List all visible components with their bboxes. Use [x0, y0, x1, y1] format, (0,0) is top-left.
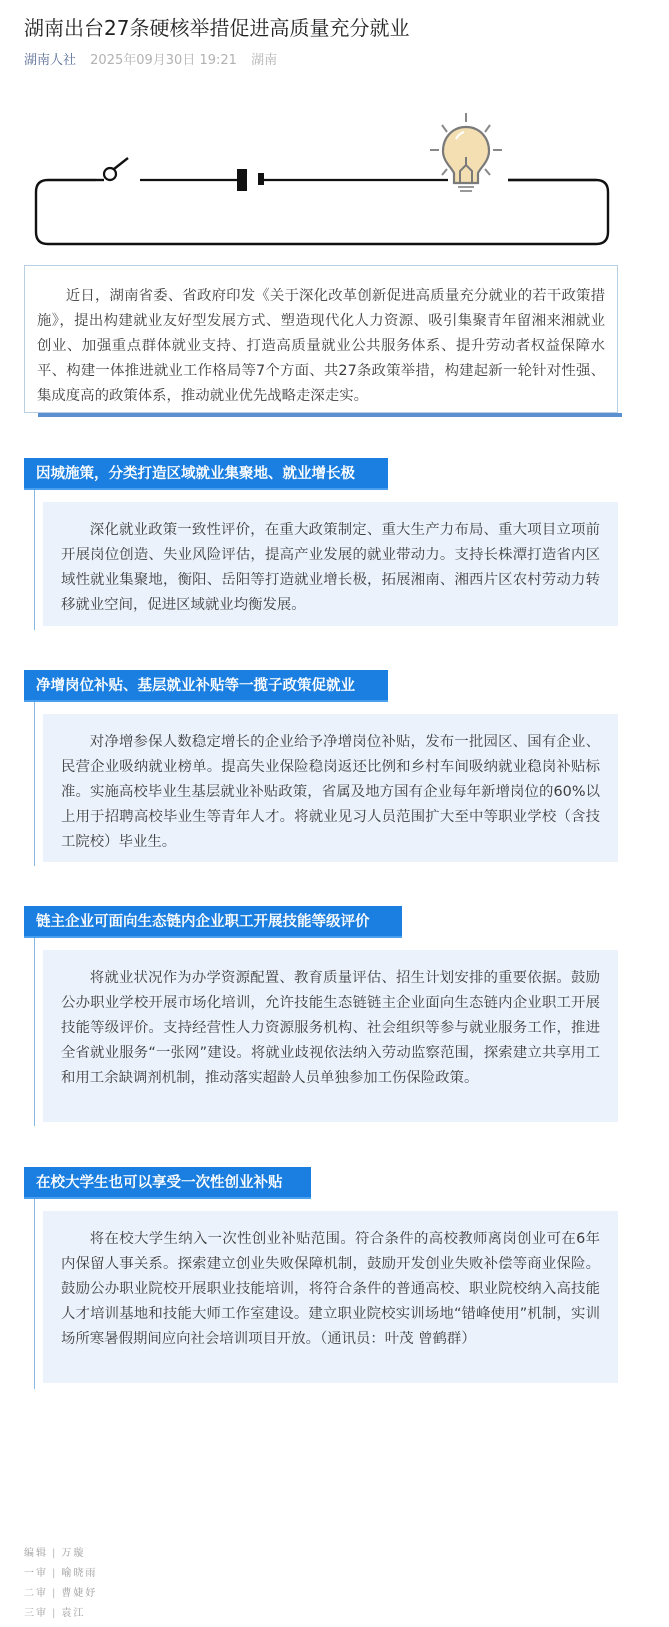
- credit-name: 万璇: [61, 1548, 85, 1559]
- section-paragraph: 对净增参保人数稳定增长的企业给予净增岗位补贴，发布一批园区、国有企业、民营企业吸…: [61, 730, 600, 855]
- section-connector-line: [34, 938, 35, 1126]
- credit-name: 喻晓雨: [61, 1568, 97, 1579]
- credit-role: 一审: [24, 1568, 48, 1579]
- section-body-box: 将在校大学生纳入一次性创业补贴范围。符合条件的高校教师离岗创业可在6年内保留人事…: [43, 1211, 618, 1383]
- section-body-box: 将就业状况作为办学资源配置、教育质量评估、招生计划安排的重要依据。鼓励公办职业学…: [43, 950, 618, 1122]
- wire-icon: [36, 180, 608, 244]
- section-body-box: 对净增参保人数稳定增长的企业给予净增岗位补贴，发布一批园区、国有企业、民营企业吸…: [43, 714, 618, 862]
- circuit-illustration: [0, 95, 669, 265]
- publish-date: 2025年09月30日 19:21: [90, 53, 237, 68]
- credit-role: 三审: [24, 1608, 48, 1619]
- section-heading: 在校大学生也可以享受一次性创业补贴: [24, 1167, 311, 1199]
- section-connector-line: [34, 702, 35, 866]
- intro-paragraph: 近日，湖南省委、省政府印发《关于深化改革创新促进高质量充分就业的若干政策措施》，…: [37, 284, 605, 409]
- credit-row: 三审|袁江: [24, 1604, 97, 1624]
- credit-name: 曹婕妤: [61, 1588, 97, 1599]
- intro-box: 近日，湖南省委、省政府印发《关于深化改革创新促进高质量充分就业的若干政策措施》，…: [24, 265, 618, 413]
- section-heading: 因城施策，分类打造区域就业集聚地、就业增长极: [24, 458, 388, 490]
- intro-box-underline: [38, 413, 622, 417]
- editor-credits: 编辑|万璇 一审|喻晓雨 二审|曹婕妤 三审|袁江: [24, 1544, 97, 1624]
- source-account-link[interactable]: 湖南人社: [24, 53, 76, 68]
- switch-icon: [96, 158, 128, 180]
- section-3: 链主企业可面向生态链内企业职工开展技能等级评价 将就业状况作为办学资源配置、教育…: [24, 906, 618, 1128]
- section-paragraph: 将在校大学生纳入一次性创业补贴范围。符合条件的高校教师离岗创业可在6年内保留人事…: [61, 1227, 600, 1352]
- section-1: 因城施策，分类打造区域就业集聚地、就业增长极 深化就业政策一致性评价，在重大政策…: [24, 458, 618, 630]
- section-paragraph: 深化就业政策一致性评价，在重大政策制定、重大生产力布局、重大项目立项前开展岗位创…: [61, 518, 600, 618]
- section-paragraph: 将就业状况作为办学资源配置、教育质量评估、招生计划安排的重要依据。鼓励公办职业学…: [61, 966, 600, 1091]
- section-2: 净增岗位补贴、基层就业补贴等一揽子政策促就业 对净增参保人数稳定增长的企业给予净…: [24, 670, 618, 866]
- article-title: 湖南出台27条硬核举措促进高质量充分就业: [24, 14, 409, 42]
- section-heading: 净增岗位补贴、基层就业补贴等一揽子政策促就业: [24, 670, 388, 702]
- battery-icon: [237, 169, 264, 191]
- section-heading: 链主企业可面向生态链内企业职工开展技能等级评价: [24, 906, 402, 938]
- section-connector-line: [34, 1199, 35, 1389]
- credit-row: 编辑|万璇: [24, 1544, 97, 1564]
- article-meta: 湖南人社 2025年09月30日 19:21 湖南: [24, 52, 277, 70]
- section-body-box: 深化就业政策一致性评价，在重大政策制定、重大生产力布局、重大项目立项前开展岗位创…: [43, 502, 618, 626]
- section-4: 在校大学生也可以享受一次性创业补贴 将在校大学生纳入一次性创业补贴范围。符合条件…: [24, 1167, 618, 1389]
- credit-name: 袁江: [61, 1608, 85, 1619]
- credit-row: 一审|喻晓雨: [24, 1564, 97, 1584]
- section-connector-line: [34, 490, 35, 630]
- credit-role: 二审: [24, 1588, 48, 1599]
- publish-location: 湖南: [251, 53, 277, 68]
- credit-role: 编辑: [24, 1548, 48, 1559]
- credit-row: 二审|曹婕妤: [24, 1584, 97, 1604]
